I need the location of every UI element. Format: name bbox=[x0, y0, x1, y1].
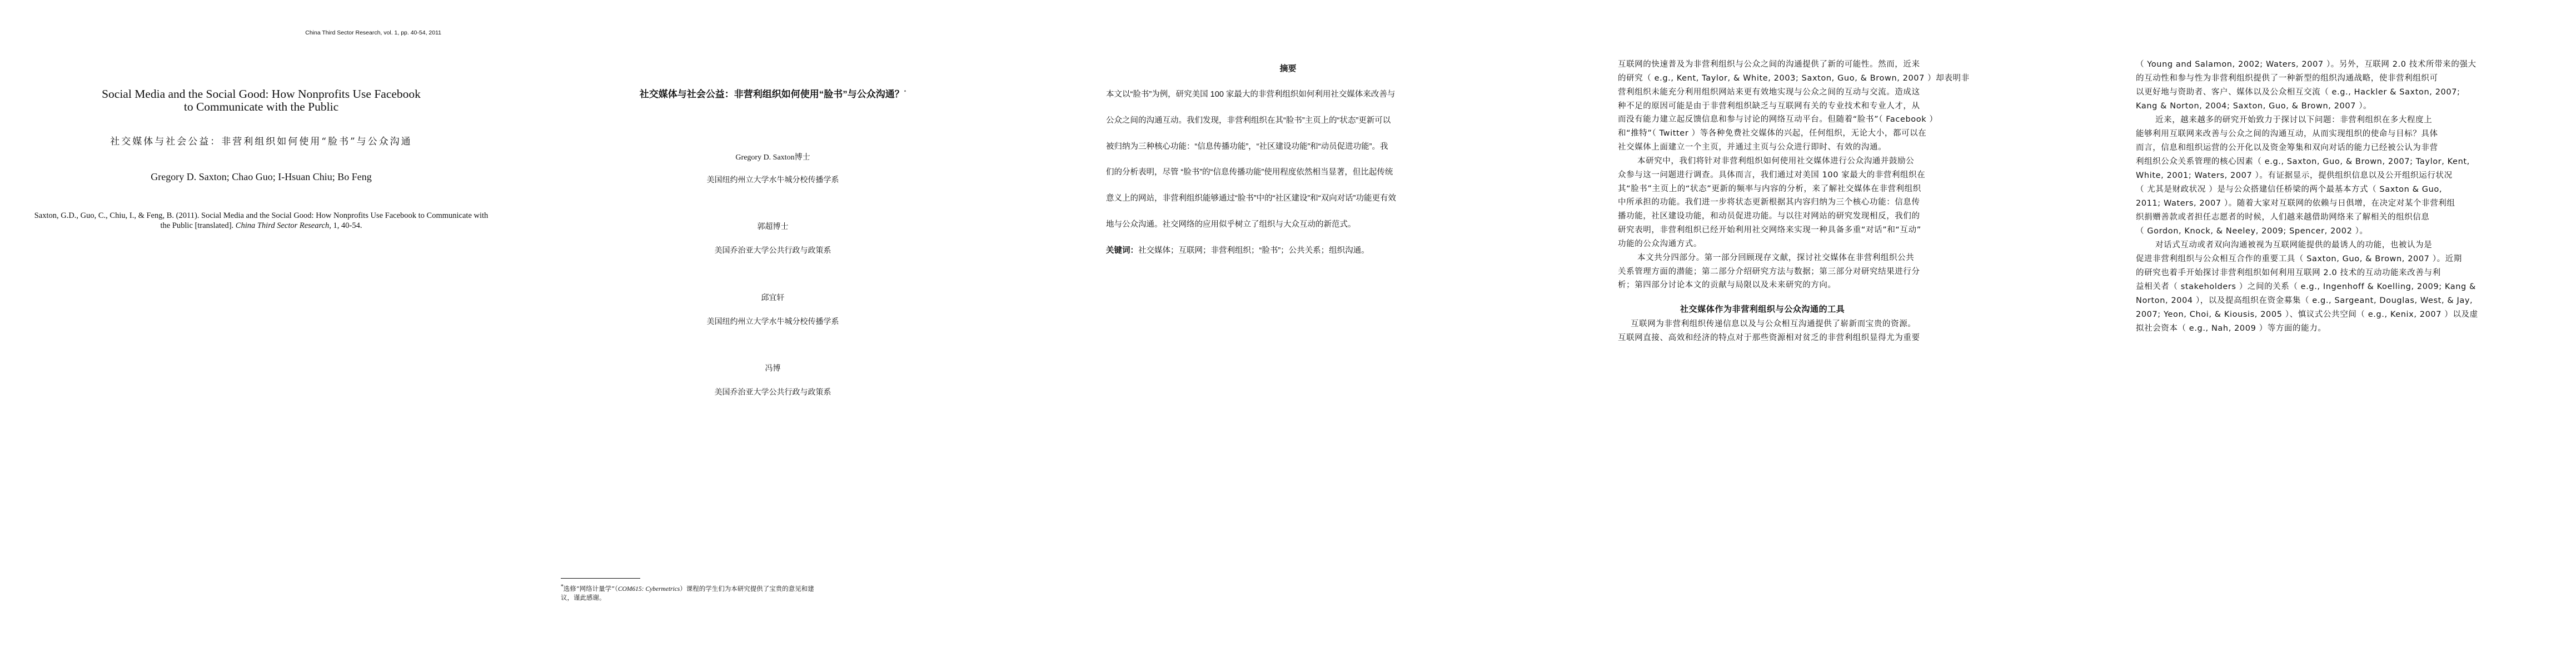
body-line: （ Young and Salamon, 2002; Waters, 2007 … bbox=[2136, 58, 2477, 69]
body-line: 播功能，社区建设功能，和动员促进功能。与以往对网站的研究发现相反，我们的 bbox=[1618, 210, 1920, 221]
section-heading: 社交媒体作为非营利组织与公众沟通的工具 bbox=[1680, 303, 1845, 315]
page-5-literature: （ Young and Salamon, 2002; Waters, 2007 … bbox=[2061, 0, 2576, 667]
keywords-label: 关键词： bbox=[1106, 246, 1138, 255]
keywords-list: 社交媒体；互联网；非营利组织；“脸书”；公共关系；组织沟通。 bbox=[1138, 246, 1369, 255]
body-line: 功能的公众沟通方式。 bbox=[1618, 237, 1702, 249]
abstract-line: 本文以“脸书”为例，研究美国 100 家最大的非营利组织如何利用社交媒体来改善与 bbox=[1106, 88, 1395, 99]
body-line: 析；第四部分讨论本文的贡献与局限以及未来研究的方向。 bbox=[1618, 278, 1836, 290]
body-line: Kang & Norton, 2004; Saxton, Guo, & Brow… bbox=[2136, 99, 2371, 111]
body-line-indented: 对话式互动或者双向沟通被视为互联网能提供的最诱人的功能，也被认为是 bbox=[2155, 238, 2432, 250]
body-line: 中所承担的功能。我们进一步将状态更新根据其内容归纳为三个核心功能：信息传 bbox=[1618, 196, 1920, 207]
body-line: 种不足的原因可能是由于非营利组织缺乏与互联网有关的专业技术和专业人才，从 bbox=[1618, 99, 1920, 111]
abstract-line: 意义上的网站，非营利组织能够通过“脸书”中的“社区建设”和“双向对话”功能更有效 bbox=[1106, 192, 1396, 203]
body-line-indented: 本文共分四部分。第一部分回顾现存文献，探讨社交媒体在非营利组织公共 bbox=[1637, 251, 1914, 263]
body-line: 社交媒体上面建立一个主页，并通过主页与公众进行即时、有效的沟通。 bbox=[1618, 141, 1886, 152]
page-3-abstract: 摘要 本文以“脸书”为例，研究美国 100 家最大的非营利组织如何利用社交媒体来… bbox=[1030, 0, 1546, 667]
body-line-indented: 互联网为非营利组织传递信息以及与公众相互沟通提供了崭新而宝贵的资源。 bbox=[1631, 317, 1916, 329]
journal-header: China Third Sector Research, vol. 1, pp.… bbox=[305, 29, 441, 36]
author-3-affiliation: 美国纽约州立大学水牛城分校传播学系 bbox=[515, 316, 1030, 327]
acknowledgement-footnote: *选修“网络计量学”（COM615: Cybermetrics）课程的学生们为本… bbox=[561, 583, 816, 602]
citation-journal: China Third Sector Research, bbox=[236, 221, 331, 230]
body-line: 而言，信息和组织运营的公开化以及资金筹集和双向对话的能力已经被公认为非营 bbox=[2136, 141, 2438, 153]
footnote-text-a: 选修“网络计量学”（ bbox=[564, 585, 618, 593]
body-line: 互联网的快速普及为非营利组织与公众之间的沟通提供了新的可能性。然而，近来 bbox=[1618, 58, 1920, 69]
body-line: 织捐赠善款或者担任志愿者的时候，人们越来越借助网络来了解相关的组织信息 bbox=[2136, 211, 2430, 222]
body-line: 能够利用互联网来改善与公众之间的沟通互动，从而实现组织的使命与目标？具体 bbox=[2136, 127, 2438, 139]
body-line: 的研究（ e.g., Kent, Taylor, & White, 2003; … bbox=[1618, 72, 1970, 83]
page-2-title-page: 社交媒体与社会公益：非营利组织如何使用“脸书”与公众沟通？* Gregory D… bbox=[515, 0, 1030, 667]
body-line-indented: 近来，越来越多的研究开始致力于探讨以下问题：非营利组织在多大程度上 bbox=[2155, 113, 2432, 125]
body-line: White, 2001; Waters, 2007 ）。有证据显示，提供组织信息… bbox=[2136, 169, 2453, 181]
body-line: 拟社会资本（ e.g., Nah, 2009 ）等方面的能力。 bbox=[2136, 322, 2326, 333]
paper-title-text: 社交媒体与社会公益：非营利组织如何使用“脸书”与公众沟通？ bbox=[640, 89, 904, 99]
author-2-affiliation: 美国乔治亚大学公共行政与政策系 bbox=[515, 245, 1030, 256]
body-line: 营利组织未能充分利用组织网站来更有效地实现与公众之间的互动与交流。造成这 bbox=[1618, 86, 1920, 97]
body-line: 益相关者（ stakeholders ）之间的关系（ e.g., Ingenho… bbox=[2136, 280, 2476, 292]
abstract-line: 地与公众沟通。社交网络的应用似乎树立了组织与大众互动的新范式。 bbox=[1106, 218, 1356, 230]
english-title: Social Media and the Social Good: How No… bbox=[0, 88, 522, 113]
abstract-heading: 摘要 bbox=[1030, 62, 1546, 74]
body-line: 其“脸书”主页上的“状态”更新的频率与内容的分析，来了解社交媒体在非营利组织 bbox=[1618, 182, 1921, 194]
body-line: 促进非营利组织与公众相互合作的重要工具（ Saxton, Guo, & Brow… bbox=[2136, 252, 2462, 264]
citation-volume-pages: 1, 40-54. bbox=[331, 221, 362, 230]
body-line: 的互动性和参与性为非营利组织提供了一种新型的组织沟通战略，使非营利组织可 bbox=[2136, 72, 2438, 83]
author-1-affiliation: 美国纽约州立大学水牛城分校传播学系 bbox=[515, 174, 1030, 185]
abstract-line: 被归纳为三种核心功能：“信息传播功能”，“社区建设功能”和“动员促进功能”。我 bbox=[1106, 140, 1388, 152]
footnote-course: COM615: Cybermetrics bbox=[618, 586, 680, 593]
body-line: Norton, 2004 ），以及提高组织在资金募集（ e.g., Sargea… bbox=[2136, 294, 2473, 306]
body-line: 2011; Waters, 2007 ）。随着大家对互联网的依赖与日俱增，在决定… bbox=[2136, 197, 2455, 208]
body-line: （ 尤其是财政状况 ）是与公众搭建信任桥梁的两个最基本方式（ Saxton & … bbox=[2136, 183, 2442, 195]
body-line: （ Gordon, Knock, & Neeley, 2009; Spencer… bbox=[2136, 225, 2368, 236]
keywords: 关键词：社交媒体；互联网；非营利组织；“脸书”；公共关系；组织沟通。 bbox=[1106, 244, 1369, 256]
body-line: 而没有能力建立起反馈信息和参与讨论的网络互动平台。但随着“脸书”（ Facebo… bbox=[1618, 113, 1938, 125]
citation: Saxton, G.D., Guo, C., Chiu, I., & Feng,… bbox=[33, 211, 489, 231]
body-line: 2007; Yeon, Choi, & Kiousis, 2005 ）、慎议式公… bbox=[2136, 308, 2478, 320]
abstract-line: 公众之间的沟通互动。我们发现，非营利组织在其“脸书”主页上的“状态”更新可以 bbox=[1106, 114, 1391, 126]
author-3-name: 邱宜轩 bbox=[515, 292, 1030, 303]
page-1-cover: China Third Sector Research, vol. 1, pp.… bbox=[0, 0, 515, 667]
english-title-line-2: to Communicate with the Public bbox=[0, 101, 522, 113]
footnote-divider bbox=[561, 578, 640, 579]
author-1-name: Gregory D. Saxton博士 bbox=[515, 151, 1030, 162]
english-title-line-1: Social Media and the Social Good: How No… bbox=[0, 88, 522, 101]
abstract-line: 们的分析表明，尽管 “脸书”的“信息传播功能”使用程度依然相当显著，但比起传统 bbox=[1106, 166, 1393, 177]
body-line: 和“推特”（ Twitter ）等各种免费社交媒体的兴起，任何组织，无论大小，都… bbox=[1618, 127, 1926, 138]
footnote-marker[interactable]: * bbox=[904, 89, 906, 94]
author-2-name: 郭超博士 bbox=[515, 221, 1030, 232]
body-line: 的研究也着手开始探讨非营利组织如何利用互联网 2.0 技术的互动功能来改善与利 bbox=[2136, 266, 2441, 278]
body-line: 众参与这一问题进行调查。具体而言，我们通过对美国 100 家最大的非营利组织在 bbox=[1618, 168, 1925, 180]
body-line: 关系管理方面的潜能；第二部分介绍研究方法与数据；第三部分对研究结果进行分 bbox=[1618, 265, 1920, 277]
body-line: 以更好地与资助者、客户、媒体以及公众相互交流（ e.g., Hackler & … bbox=[2136, 86, 2460, 97]
author-list: Gregory D. Saxton; Chao Guo; I-Hsuan Chi… bbox=[0, 171, 522, 183]
body-line: 利组织公众关系管理的核心因素（ e.g., Saxton, Guo, & Bro… bbox=[2136, 155, 2470, 167]
body-line: 研究表明，非营利组织已经开始利用社交网络来实现一种具备多重“对话”和“互动” bbox=[1618, 223, 1921, 235]
chinese-title: 社交媒体与社会公益：非营利组织如何使用“脸书”与公众沟通 bbox=[0, 133, 522, 147]
author-4-name: 冯博 bbox=[515, 362, 1030, 374]
body-line: 互联网直接、高效和经济的特点对于那些资源相对贫乏的非营利组织显得尤为重要 bbox=[1618, 331, 1920, 343]
page-4-introduction: 互联网的快速普及为非营利组织与公众之间的沟通提供了新的可能性。然而，近来 的研究… bbox=[1546, 0, 2061, 667]
chinese-paper-title: 社交媒体与社会公益：非营利组织如何使用“脸书”与公众沟通？* bbox=[515, 86, 1030, 100]
author-4-affiliation: 美国乔治亚大学公共行政与政策系 bbox=[515, 386, 1030, 397]
body-line-indented: 本研究中，我们将针对非营利组织如何使用社交媒体进行公众沟通并鼓励公 bbox=[1637, 155, 1914, 166]
